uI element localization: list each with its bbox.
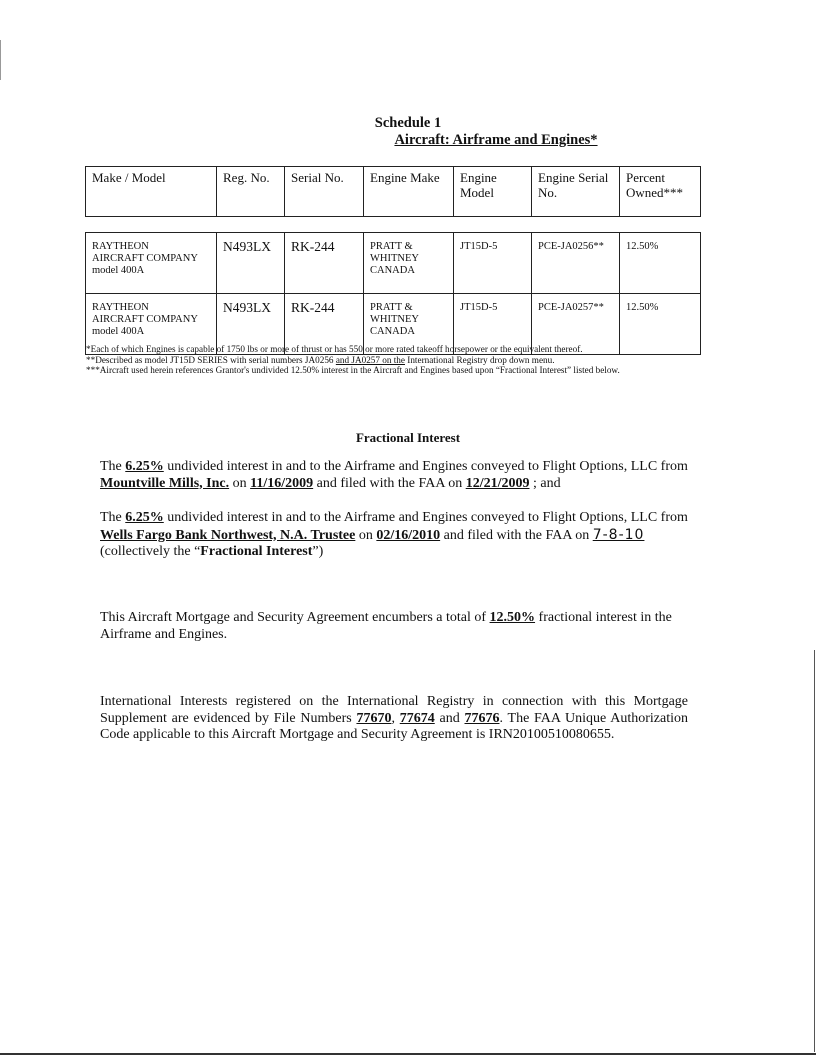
footnotes: *Each of which Engines is capable of 175… xyxy=(86,344,726,376)
schedule-title: Schedule 1 xyxy=(0,115,816,132)
header-serial-no: Serial No. xyxy=(285,167,364,217)
header-percent-owned: Percent Owned*** xyxy=(620,167,701,217)
header-engine-make: Engine Make xyxy=(364,167,454,217)
scan-edge-right xyxy=(814,650,815,1052)
fractional-interest-paragraph-2: The 6.25% undivided interest in and to t… xyxy=(100,510,688,561)
cell-engine-make: PRATT & WHITNEY CANADA xyxy=(364,233,454,294)
cell-percent-owned: 12.50% xyxy=(620,233,701,294)
header-reg-no: Reg. No. xyxy=(217,167,285,217)
table-header-row: Make / Model Reg. No. Serial No. Engine … xyxy=(86,167,701,217)
header-make-model: Make / Model xyxy=(86,167,217,217)
registry-paragraph: International Interests registered on th… xyxy=(100,694,688,744)
footnote-2: **Described as model JT15D SERIES with s… xyxy=(86,355,726,366)
header-engine-model: Engine Model xyxy=(454,167,532,217)
cell-make-model: RAYTHEON AIRCRAFT COMPANY model 400A xyxy=(86,233,217,294)
cell-reg-no: N493LX xyxy=(217,233,285,294)
footnote-1: *Each of which Engines is capable of 175… xyxy=(86,344,726,355)
schedule-body-table: RAYTHEON AIRCRAFT COMPANY model 400A N49… xyxy=(85,232,701,355)
cell-engine-serial: PCE-JA0256** xyxy=(532,233,620,294)
encumbrance-paragraph: This Aircraft Mortgage and Security Agre… xyxy=(100,610,688,643)
cell-serial-no: RK-244 xyxy=(285,233,364,294)
scan-edge-left xyxy=(0,40,1,80)
fractional-interest-paragraph-1: The 6.25% undivided interest in and to t… xyxy=(100,459,688,492)
footnote-3: ***Aircraft used herein references Grant… xyxy=(86,365,726,376)
cell-engine-model: JT15D-5 xyxy=(454,233,532,294)
table-row: RAYTHEON AIRCRAFT COMPANY model 400A N49… xyxy=(86,233,701,294)
header-engine-serial: Engine Serial No. xyxy=(532,167,620,217)
fractional-interest-heading: Fractional Interest xyxy=(0,430,816,446)
schedule-subtitle: Aircraft: Airframe and Engines* xyxy=(88,132,816,149)
handwritten-filing-date: 7-8-10 xyxy=(593,527,645,543)
scan-edge-bottom xyxy=(0,1053,816,1055)
schedule-header-table: Make / Model Reg. No. Serial No. Engine … xyxy=(85,166,701,217)
